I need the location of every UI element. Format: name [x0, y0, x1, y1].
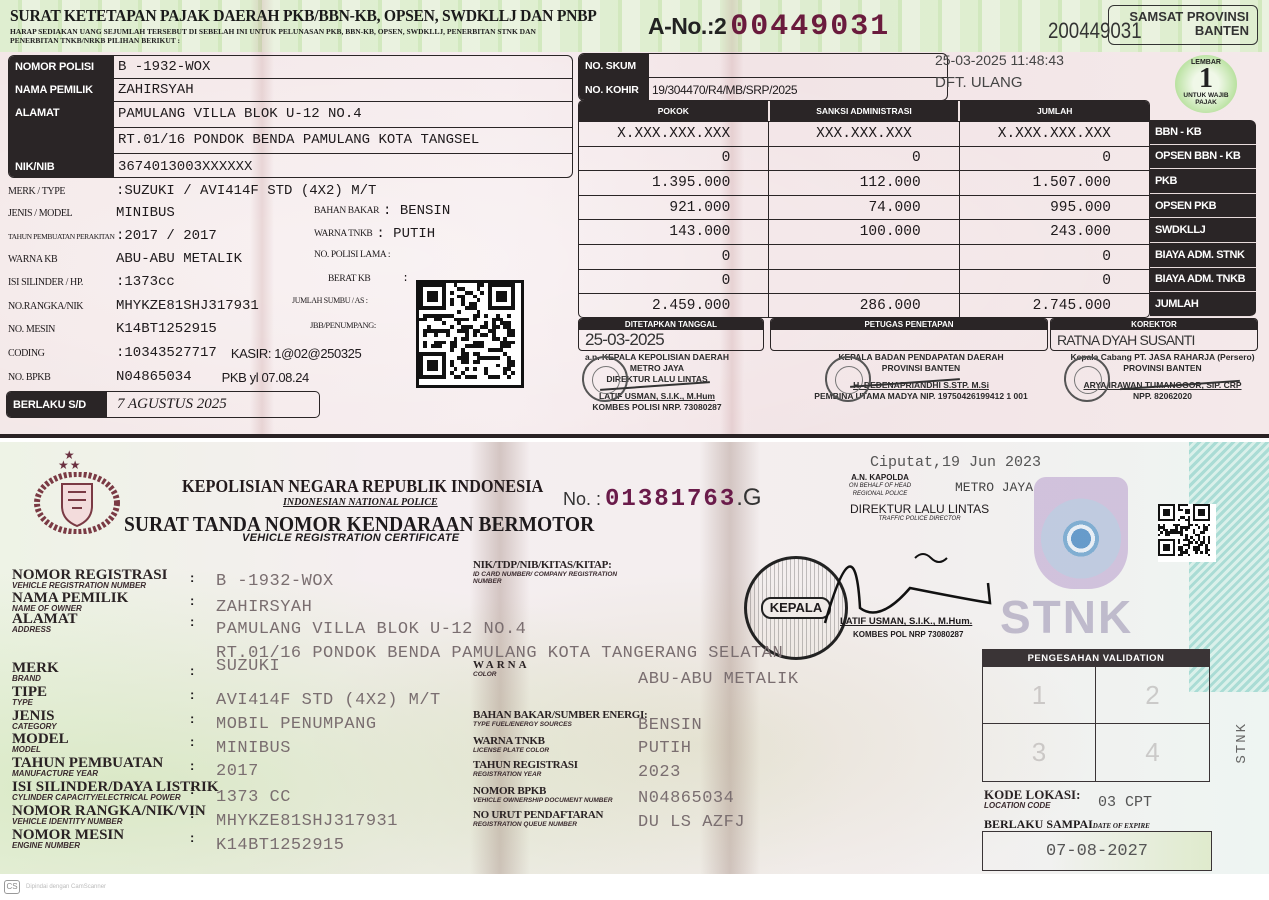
jasa-raharja-stamp-icon [1064, 356, 1110, 402]
spec-label: WARNA KB [8, 254, 116, 265]
tax-cell-jumlah: 0 [960, 245, 1149, 269]
stnk-field-label: ALAMATADDRESS [12, 612, 78, 634]
lembar-badge: LEMBAR 1 UNTUK WAJIB PAJAK [1175, 55, 1237, 113]
label: NO URUT PENDAFTARAN [473, 810, 623, 821]
validation-cell: 4 [1096, 724, 1209, 781]
plate-number-value: B -1932-WOX [114, 56, 210, 78]
spec-value: :1373cc [116, 274, 175, 290]
stnk-field-label: NIK/TDP/NIB/KITAS/KITAP:ID CARD NUMBER/ … [473, 560, 623, 585]
address-values: PAMULANG VILLA BLOK U-12 NO.4 RT.01/16 P… [114, 102, 572, 153]
stnk-field-value: AVI414F STD (4X2) M/T [216, 691, 441, 710]
spec-value: MINIBUS [116, 205, 175, 221]
stnk-field-label: MODELMODEL [12, 732, 69, 754]
address-line-1: PAMULANG VILLA BLOK U-12 NO.4 [114, 102, 572, 128]
tax-cell-jumlah: 0 [960, 147, 1149, 171]
official-id: KOMBES POLISI NRP. 73080287 [572, 402, 742, 413]
label: NIK/TDP/NIB/KITAS/KITAP: [473, 560, 623, 571]
tax-cell-jumlah: 0 [960, 270, 1149, 294]
label: MERK [12, 661, 59, 675]
stnk-field-label: MERKBRAND [12, 661, 59, 683]
stnk-field-label: TAHUN REGISTRASIREGISTRATION YEAR [473, 760, 623, 778]
police-stamp-icon [582, 356, 628, 402]
stnk-field-value: 1373 CC [216, 788, 291, 807]
label-en: COLOR [473, 671, 623, 678]
valid-until-value: 7 AGUSTUS 2025 [107, 392, 227, 417]
spec-value: N04865034 [116, 369, 192, 385]
skum-value [649, 54, 652, 77]
signer-id: KOMBES POL NRP 73080287 [853, 630, 963, 639]
stnk-institution: KEPOLISIAN NEGARA REPUBLIK INDONESIA [182, 476, 543, 497]
tax-row: 921.00074.000995.000 [579, 195, 1149, 220]
skum-label: NO. SKUM [579, 54, 649, 77]
tax-cell-sanksi: 0 [769, 147, 959, 171]
stnk-field-value: ABU-ABU METALIK [638, 670, 799, 689]
label-en: MODEL [12, 746, 69, 754]
identity-row: ALAMAT PAMULANG VILLA BLOK U-12 NO.4 RT.… [9, 102, 572, 154]
stnk-field-value: MINIBUS [216, 739, 291, 758]
label-en: MANUFACTURE YEAR [12, 770, 163, 778]
stnk-field-value: K14BT1252915 [216, 836, 344, 855]
spec-value: K14BT1252915 [116, 321, 217, 337]
skpd-title: SURAT KETETAPAN PAJAK DAERAH PKB/BBN-KB,… [10, 6, 597, 26]
colon: : [190, 687, 194, 702]
label: ISI SILINDER/DAYA LISTRIK [12, 780, 218, 794]
tax-row-label: JUMLAH [1150, 292, 1256, 317]
validation-box: PENGESAHAN VALIDATION 1 2 3 4 [982, 649, 1210, 782]
tax-row: 143.000100.000243.000 [579, 219, 1149, 244]
spec-label: ISI SILINDER / HP. [8, 277, 116, 288]
spec-label: BERAT KB [328, 274, 370, 284]
tax-cell-sanksi: 112.000 [769, 171, 959, 195]
expire-label: BERLAKU SAMPAIDATE OF EXPIRE [984, 817, 1150, 832]
spec-plate-color: WARNA TNKB: PUTIH [314, 226, 435, 242]
spec-weight: BERAT KB: [328, 273, 409, 285]
tax-cell-sanksi: XXX.XXX.XXX [769, 122, 959, 146]
identity-label: NIK/NIB [9, 154, 114, 178]
stnk-field-value: SUZUKI [216, 657, 280, 676]
qr-code [1158, 504, 1216, 562]
qr-code [416, 280, 524, 388]
spec-row: MERK / TYPE:SUZUKI / AVI414F STD (4X2) M… [8, 180, 608, 202]
korektor-value: RATNA DYAH SUSANTI [1051, 330, 1257, 350]
identity-row: NIK/NIB 3674013003XXXXXX [9, 154, 572, 178]
tax-row: 000 [579, 146, 1149, 171]
tax-cell-pokok: 2.459.000 [579, 294, 769, 318]
colon: : [190, 570, 194, 585]
identity-label: NOMOR POLISI [9, 56, 114, 78]
pkb-date-value: PKB yl 07.08.24 [222, 370, 309, 385]
colon: : [190, 734, 194, 749]
police-hologram-icon [1034, 477, 1128, 589]
label: ALAMAT [12, 612, 78, 626]
ditetapkan-box: DITETAPKAN TANGGAL 25-03-2025 [578, 318, 764, 351]
tax-cell-sanksi [769, 270, 959, 294]
tax-cell-jumlah: X.XXX.XXX.XXX [960, 122, 1149, 146]
kasir-value: KASIR: 1@02@250325 [231, 346, 362, 361]
identity-row: NOMOR POLISI B -1932-WOX [9, 56, 572, 79]
stnk-field-value: ZAHIRSYAH [216, 598, 312, 617]
label: TIPE [12, 685, 47, 699]
spec-value: ABU-ABU METALIK [116, 251, 242, 267]
spec-label: NO.RANGKA/NIK [8, 301, 116, 312]
stnk-field-label: TIPETYPE [12, 685, 47, 707]
label-en: DATE OF EXPIRE [1093, 822, 1150, 830]
tax-row-label: SWDKLLJ [1150, 218, 1256, 243]
label-en: ID CARD NUMBER/ COMPANY REGISTRATION NUM… [473, 571, 623, 585]
spec-label: JBB/PENUMPANG: [310, 320, 376, 330]
identity-label: NAMA PEMILIK [9, 79, 114, 101]
label-en: VEHICLE OWNERSHIP DOCUMENT NUMBER [473, 797, 623, 804]
validation-title: PENGESAHAN VALIDATION [983, 650, 1209, 667]
spec-value: : PUTIH [376, 226, 435, 242]
column-header-sanksi: SANKSI ADMINISTRASI [770, 101, 961, 121]
form-number-value: 00449031 [730, 10, 890, 44]
label: NAMA PEMILIK [12, 591, 128, 605]
spec-label: CODING [8, 348, 116, 359]
tax-cell-jumlah: 243.000 [960, 220, 1149, 244]
spec-label: BAHAN BAKAR [314, 206, 379, 216]
stnk-field-label: WARNACOLOR [473, 660, 623, 678]
location-code-label: KODE LOKASI: LOCATION CODE [984, 788, 1080, 810]
validation-cell: 1 [983, 667, 1096, 724]
stnk-field-value: BENSIN [638, 716, 702, 735]
stnk-field-value: B -1932-WOX [216, 572, 334, 591]
stnk-field-value: PAMULANG VILLA BLOK U-12 NO.4 [216, 620, 526, 639]
stnk-field-value: PUTIH [638, 739, 692, 758]
spec-value: MHYKZE81SHJ317931 [116, 298, 259, 314]
colon: : [190, 758, 194, 773]
label: MODEL [12, 732, 69, 746]
spec-value: :10343527717 [116, 345, 217, 361]
an-kapolda-en: ON BEHALF OF HEAD REGIONAL POLICE [845, 482, 915, 498]
kohir-row: NO. KOHIR 19/304470/R4/MB/SRP/2025 [579, 78, 947, 101]
spec-row: JENIS / MODELMINIBUS [8, 202, 608, 224]
stnk-vehicle-registration-certificate: ★★★ KEPOLISIAN NEGARA REPUBLIK INDONESIA… [0, 442, 1269, 874]
on-behalf-label: A.N. KAPOLDA ON BEHALF OF HEAD REGIONAL … [845, 474, 915, 498]
form-number: A-No.:200449031 [648, 10, 890, 44]
stnk-field-value: N04865034 [638, 789, 734, 808]
spec-axles: JUMLAH SUMBU / AS : [292, 296, 372, 305]
tax-table: POKOK SANKSI ADMINISTRASI JUMLAH X.XXX.X… [578, 100, 1150, 318]
tax-table-body: X.XXX.XXX.XXXXXX.XXX.XXXX.XXX.XXX.XXX000… [579, 121, 1149, 318]
valid-until-label: BERLAKU S/D [7, 392, 107, 417]
label: NOMOR BPKB [473, 786, 623, 797]
director-title: DIREKTUR LALU LINTAS TRAFFIC POLICE DIRE… [850, 502, 989, 522]
signature-icon [820, 528, 1000, 628]
nik-value: 3674013003XXXXXX [114, 154, 252, 178]
label-en: ENGINE NUMBER [12, 842, 124, 850]
label-en: ADDRESS [12, 626, 78, 634]
tax-cell-jumlah: 2.745.000 [960, 294, 1149, 318]
stnk-side-text: STNK [1234, 722, 1250, 764]
tax-cell-pokok: X.XXX.XXX.XXX [579, 122, 769, 146]
stnk-field-label: NOMOR REGISTRASIVEHICLE REGISTRATION NUM… [12, 568, 167, 590]
colon: : [190, 614, 194, 629]
column-header-jumlah: JUMLAH [960, 101, 1149, 121]
stnk-number-suffix: .G [736, 484, 761, 511]
spec-label: NO. POLISI LAMA : [314, 250, 390, 260]
colon: : [190, 782, 194, 797]
skpd-tax-assessment-document: SURAT KETETAPAN PAJAK DAERAH PKB/BBN-KB,… [0, 0, 1269, 438]
bapenda-stamp-icon [825, 356, 871, 402]
tax-cell-pokok: 0 [579, 147, 769, 171]
label: NOMOR REGISTRASI [12, 568, 167, 582]
label: TAHUN REGISTRASI [473, 760, 623, 771]
timestamp: 25-03-2025 11:48:43 [935, 52, 1064, 68]
stnk-field-label: NOMOR MESINENGINE NUMBER [12, 828, 124, 850]
spec-old-plate: NO. POLISI LAMA : [314, 250, 394, 260]
director: DIREKTUR LALU LINTAS [850, 502, 989, 516]
stnk-field-label: NOMOR RANGKA/NIK/VINVEHICLE IDENTITY NUM… [12, 804, 206, 826]
stnk-title-en: VEHICLE REGISTRATION CERTIFICATE [242, 532, 459, 544]
form-number-label: A-No.:2 [648, 13, 726, 39]
label-en: REGISTRATION YEAR [473, 771, 623, 778]
skum-row: NO. SKUM [579, 54, 947, 78]
spec-value: : [402, 273, 409, 285]
identity-row: NAMA PEMILIK ZAHIRSYAH [9, 79, 572, 102]
spec-label: WARNA TNKB [314, 229, 372, 239]
stnk-number: No. :01381763.G [563, 484, 762, 513]
label-en: LICENSE PLATE COLOR [473, 747, 623, 754]
tax-row-label: OPSEN PKB [1150, 194, 1256, 219]
validation-cell: 3 [983, 724, 1096, 781]
ditetapkan-value: 25-03-2025 [579, 330, 763, 350]
tax-cell-sanksi [769, 245, 959, 269]
location-code-value: 03 CPT [1098, 794, 1152, 811]
polri-emblem-icon [34, 472, 120, 534]
label: NOMOR MESIN [12, 828, 124, 842]
tax-row-label: PKB [1150, 169, 1256, 194]
spec-value: : BENSIN [383, 203, 450, 219]
colon: : [190, 663, 194, 678]
region: METRO JAYA [955, 480, 1033, 495]
tax-cell-pokok: 0 [579, 245, 769, 269]
tax-row-label: BIAYA ADM. TNKB [1150, 268, 1256, 293]
stnk-field-label: TAHUN PEMBUATANMANUFACTURE YEAR [12, 756, 163, 778]
identity-label: ALAMAT [9, 102, 114, 153]
tax-row: 00 [579, 244, 1149, 269]
label-en: CATEGORY [12, 723, 57, 731]
tax-table-header: POKOK SANKSI ADMINISTRASI JUMLAH [579, 101, 1149, 121]
issue-place-date: Ciputat,19 Jun 2023 [870, 454, 1041, 471]
an-kapolda: A.N. KAPOLDA [845, 474, 915, 482]
colon: : [190, 593, 194, 608]
stnk-field-label: WARNA TNKBLICENSE PLATE COLOR [473, 736, 623, 754]
lembar-for: UNTUK WAJIB PAJAK [1175, 92, 1237, 106]
label: WARNA [473, 660, 623, 671]
stnk-field-value: MHYKZE81SHJ317931 [216, 812, 398, 831]
spec-row: WARNA KBABU-ABU METALIK [8, 248, 608, 270]
spec-label: NO. BPKB [8, 372, 116, 383]
colon: : [190, 806, 194, 821]
label: JENIS [12, 709, 57, 723]
lembar-number: 1 [1175, 66, 1237, 92]
stnk-field-label: NOMOR BPKBVEHICLE OWNERSHIP DOCUMENT NUM… [473, 786, 623, 804]
stnk-field-label: NAMA PEMILIKNAME OF OWNER [12, 591, 128, 613]
stnk-institution-en: INDONESIAN NATIONAL POLICE [283, 497, 438, 508]
stnk-field-label: NO URUT PENDAFTARANREGISTRATION QUEUE NU… [473, 810, 623, 828]
scanner-text: Dipindai dengan CamScanner [26, 884, 106, 890]
label-en: BRAND [12, 675, 59, 683]
label: NOMOR RANGKA/NIK/VIN [12, 804, 206, 818]
stnk-field-label: JENISCATEGORY [12, 709, 57, 731]
tax-row-label: BBN - KB [1150, 120, 1256, 145]
label-en: CYLINDER CAPACITY/ELECTRICAL POWER [12, 794, 218, 802]
camscanner-icon: CS [4, 880, 20, 894]
signer-name: LATIF USMAN, S.I.K., M.Hum. [840, 616, 972, 627]
tax-row-label: OPSEN BBN - KB [1150, 145, 1256, 170]
petugas-label: PETUGAS PENETAPAN [771, 319, 1047, 330]
label: TAHUN PEMBUATAN [12, 756, 163, 770]
tax-cell-pokok: 143.000 [579, 220, 769, 244]
tax-cell-pokok: 1.395.000 [579, 171, 769, 195]
skpd-subtitle: HARAP SEDIAKAN UANG SEJUMLAH TERSEBUT DI… [10, 27, 550, 45]
label-en: VEHICLE REGISTRATION NUMBER [12, 582, 167, 590]
tax-cell-pokok: 0 [579, 270, 769, 294]
tax-row: 00 [579, 269, 1149, 294]
stnk-number-label: No. : [563, 489, 601, 509]
stnk-field-label: BAHAN BAKAR/SUMBER ENERGI:TYPE FUEL/ENER… [473, 710, 647, 728]
stnk-field-value: DU LS AZFJ [638, 813, 745, 832]
owner-name-value: ZAHIRSYAH [114, 79, 194, 101]
spec-value: :SUZUKI / AVI414F STD (4X2) M/T [116, 183, 376, 199]
kohir-label: NO. KOHIR [579, 78, 649, 101]
address-line-2: RT.01/16 PONDOK BENDA PAMULANG KOTA TANG… [114, 128, 572, 153]
tax-row-labels: BBN - KBOPSEN BBN - KBPKBOPSEN PKBSWDKLL… [1150, 120, 1256, 317]
skum-kohir-box: NO. SKUM NO. KOHIR 19/304470/R4/MB/SRP/2… [578, 53, 948, 101]
label-en: TYPE [12, 699, 47, 707]
stnk-field-label: ISI SILINDER/DAYA LISTRIKCYLINDER CAPACI… [12, 780, 218, 802]
label-en: LOCATION CODE [984, 802, 1080, 810]
tax-cell-jumlah: 995.000 [960, 196, 1149, 220]
tax-cell-pokok: 921.000 [579, 196, 769, 220]
tax-row: 1.395.000112.0001.507.000 [579, 170, 1149, 195]
stnk-field-value: MOBIL PENUMPANG [216, 715, 377, 734]
label: KODE LOKASI: [984, 788, 1080, 802]
label: BAHAN BAKAR/SUMBER ENERGI: [473, 710, 647, 721]
stnk-field-value: 2023 [638, 763, 681, 782]
tax-cell-sanksi: 100.000 [769, 220, 959, 244]
column-header-pokok: POKOK [579, 101, 770, 121]
colon: : [190, 830, 194, 845]
tax-cell-jumlah: 1.507.000 [960, 171, 1149, 195]
tax-row: X.XXX.XXX.XXXXXX.XXX.XXXX.XXX.XXX.XXX [579, 121, 1149, 146]
assessment-signature-boxes: DITETAPKAN TANGGAL 25-03-2025 PETUGAS PE… [578, 318, 1258, 352]
spec-label: MERK / TYPE [8, 186, 116, 197]
spec-jbb: JBB/PENUMPANG: [310, 320, 380, 330]
ditetapkan-label: DITETAPKAN TANGGAL [579, 319, 763, 330]
stnk-field-value: 2017 [216, 762, 259, 781]
korektor-label: KOREKTOR [1051, 319, 1257, 330]
spec-value: :2017 / 2017 [116, 228, 217, 244]
spec-label: NO. MESIN [8, 324, 116, 335]
label: WARNA TNKB [473, 736, 623, 747]
scanner-watermark: CS Dipindai dengan CamScanner [4, 880, 106, 894]
korektor-box: KOREKTOR RATNA DYAH SUSANTI [1050, 318, 1258, 351]
colon: : [190, 711, 194, 726]
validation-cell: 2 [1096, 667, 1209, 724]
stnk-watermark: STNK [1000, 590, 1133, 644]
spec-label: JUMLAH SUMBU / AS : [292, 296, 368, 305]
spec-label: TAHUN PEMBUATAN PERAKITAN [8, 232, 116, 241]
registration-type: DFT. ULANG [935, 74, 1023, 91]
label-en: REGISTRATION QUEUE NUMBER [473, 821, 623, 828]
director-en: TRAFFIC POLICE DIRECTOR [850, 516, 989, 522]
expire-value: 07-08-2027 [982, 831, 1212, 871]
spec-row: TAHUN PEMBUATAN PERAKITAN:2017 / 2017 [8, 225, 608, 247]
samsat-badge: SAMSAT PROVINSI BANTEN [1108, 5, 1258, 45]
tax-cell-sanksi: 74.000 [769, 196, 959, 220]
label: BERLAKU SAMPAI [984, 817, 1093, 831]
petugas-box: PETUGAS PENETAPAN [770, 318, 1048, 351]
tax-row-label: BIAYA ADM. STNK [1150, 243, 1256, 268]
tax-row: 2.459.000286.0002.745.000 [579, 293, 1149, 318]
label-en: TYPE FUEL/ENERGY SOURCES [473, 721, 623, 728]
owner-identity-box: NOMOR POLISI B -1932-WOX NAMA PEMILIK ZA… [8, 55, 573, 178]
stnk-number-value: 01381763 [605, 486, 736, 513]
valid-until-box: BERLAKU S/D 7 AGUSTUS 2025 [6, 391, 320, 418]
stars-icon: ★★★ [58, 450, 82, 470]
tax-cell-sanksi: 286.000 [769, 294, 959, 318]
spec-label: JENIS / MODEL [8, 208, 116, 219]
label-en: VEHICLE IDENTITY NUMBER [12, 818, 206, 826]
kohir-value: 19/304470/R4/MB/SRP/2025 [649, 78, 797, 101]
spec-fuel: BAHAN BAKAR: BENSIN [314, 203, 450, 219]
